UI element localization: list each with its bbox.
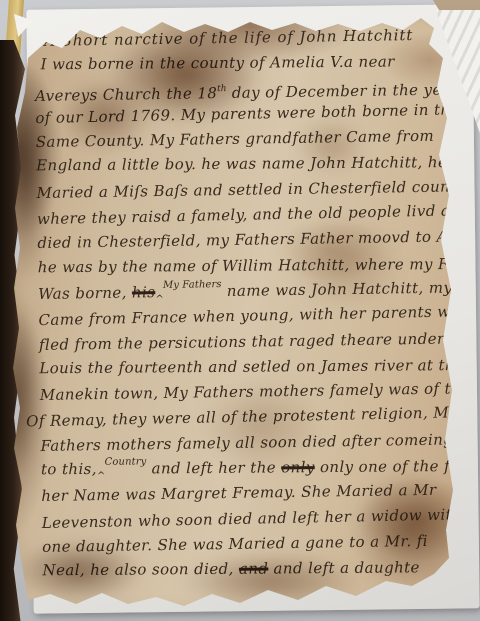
inserted-word: Country	[105, 449, 147, 475]
struck-out-word: his	[132, 283, 156, 301]
ink-stain	[14, 540, 144, 602]
manuscript-page: A Short narctive of the life of John Hat…	[0, 0, 480, 621]
manuscript-photo: A Short narctive of the life of John Hat…	[0, 0, 480, 621]
ink-stain	[296, 118, 366, 173]
ink-stain	[288, 215, 403, 310]
ink-stain	[58, 78, 153, 153]
ink-stain	[198, 378, 323, 473]
manuscript-line: England a little boy. he was name John H…	[36, 150, 460, 179]
manuscript-line: Louis the fourteenth and setled on James…	[39, 353, 463, 382]
inserted-word: My Fathers	[163, 272, 222, 298]
